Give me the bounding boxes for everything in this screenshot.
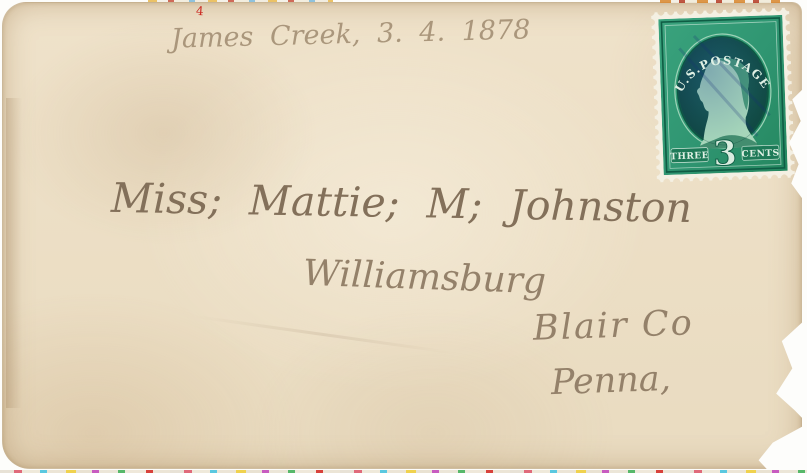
paper-crease: [194, 315, 452, 354]
stamp-denomination: 3: [713, 134, 738, 175]
scanner-artifact-top: [660, 0, 780, 3]
address-county: Blair Co: [532, 303, 694, 349]
dateline-handwriting: James Creek, 3. 4. 1878: [171, 14, 531, 54]
address-recipient: Miss; Mattie; M; Johnston: [111, 174, 693, 232]
paper-crease: [6, 98, 22, 408]
stamp-value-word-right: CENTS: [741, 149, 779, 160]
envelope-scan: James Creek, 3. 4. 1878 4 Miss; Mattie; …: [0, 0, 807, 473]
stamp-engraving: U.S.POSTAGE THREE CENTS 3: [658, 15, 787, 175]
red-pencil-mark: 4: [196, 4, 205, 18]
address-state: Penna,: [550, 359, 671, 403]
scanner-artifact-top: [148, 0, 333, 2]
postage-stamp: U.S.POSTAGE THREE CENTS 3: [651, 8, 795, 183]
stamp-value-word-left: THREE: [670, 151, 709, 162]
stamp-paper: U.S.POSTAGE THREE CENTS 3: [655, 12, 791, 178]
address-city: Williamsburg: [302, 253, 546, 302]
